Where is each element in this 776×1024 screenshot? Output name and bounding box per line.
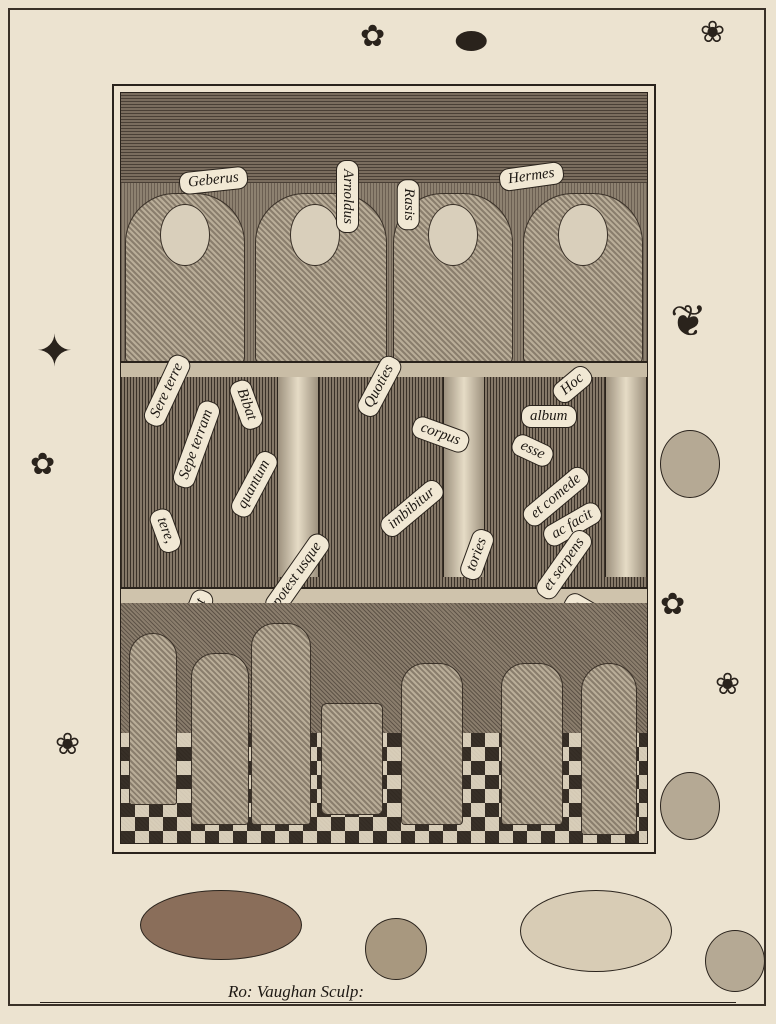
alembic-vessel (129, 633, 177, 805)
engraving-plate: Geberus Arnoldus Rasis Hermes Sere terre… (120, 92, 648, 844)
fruit-icon (660, 772, 720, 840)
fruit-icon (705, 930, 765, 992)
alchemist-workshop (121, 603, 647, 843)
beetle-icon: ⬬ (455, 22, 487, 60)
insect-icon: ✦ (36, 330, 73, 374)
flower-icon: ❀ (700, 18, 725, 48)
face (428, 204, 478, 266)
rat-icon (140, 890, 302, 960)
flower-icon: ❀ (55, 730, 80, 760)
alembic-vessel (581, 663, 637, 835)
engraver-signature: Ro: Vaughan Sculp: (228, 982, 364, 1002)
flower-icon: ❀ (715, 670, 740, 700)
alchemist-figure (401, 663, 463, 825)
engraving-page: ✿ ❀ ⬬ ✦ ✿ ❀ ❦ ✿ ❀ Geberus Arnoldus Rasis… (0, 0, 776, 1024)
sages-balcony (121, 183, 647, 363)
column (605, 377, 647, 577)
furnace-pedestal (321, 703, 383, 815)
sage-geberus (125, 193, 245, 365)
moth-icon: ❦ (670, 300, 707, 344)
face (558, 204, 608, 266)
sage-hermes (523, 193, 643, 365)
flower-icon: ✿ (30, 450, 55, 480)
sage-arnoldus (255, 193, 387, 365)
alchemist-figure (501, 663, 563, 825)
alchemist-figure (191, 653, 249, 825)
fruit-icon (365, 918, 427, 980)
banner-arnoldus: Arnoldus (336, 160, 359, 233)
alchemist-figure (251, 623, 311, 825)
face (160, 204, 210, 266)
flower-icon: ✿ (360, 22, 385, 52)
face (290, 204, 340, 266)
flower-icon: ✿ (660, 590, 685, 620)
banner-rasis: Rasis (397, 179, 420, 230)
fruit-icon (660, 430, 720, 498)
dog-icon (520, 890, 672, 972)
baseline-rule (40, 1002, 736, 1003)
ribbon-text: album (521, 405, 577, 428)
